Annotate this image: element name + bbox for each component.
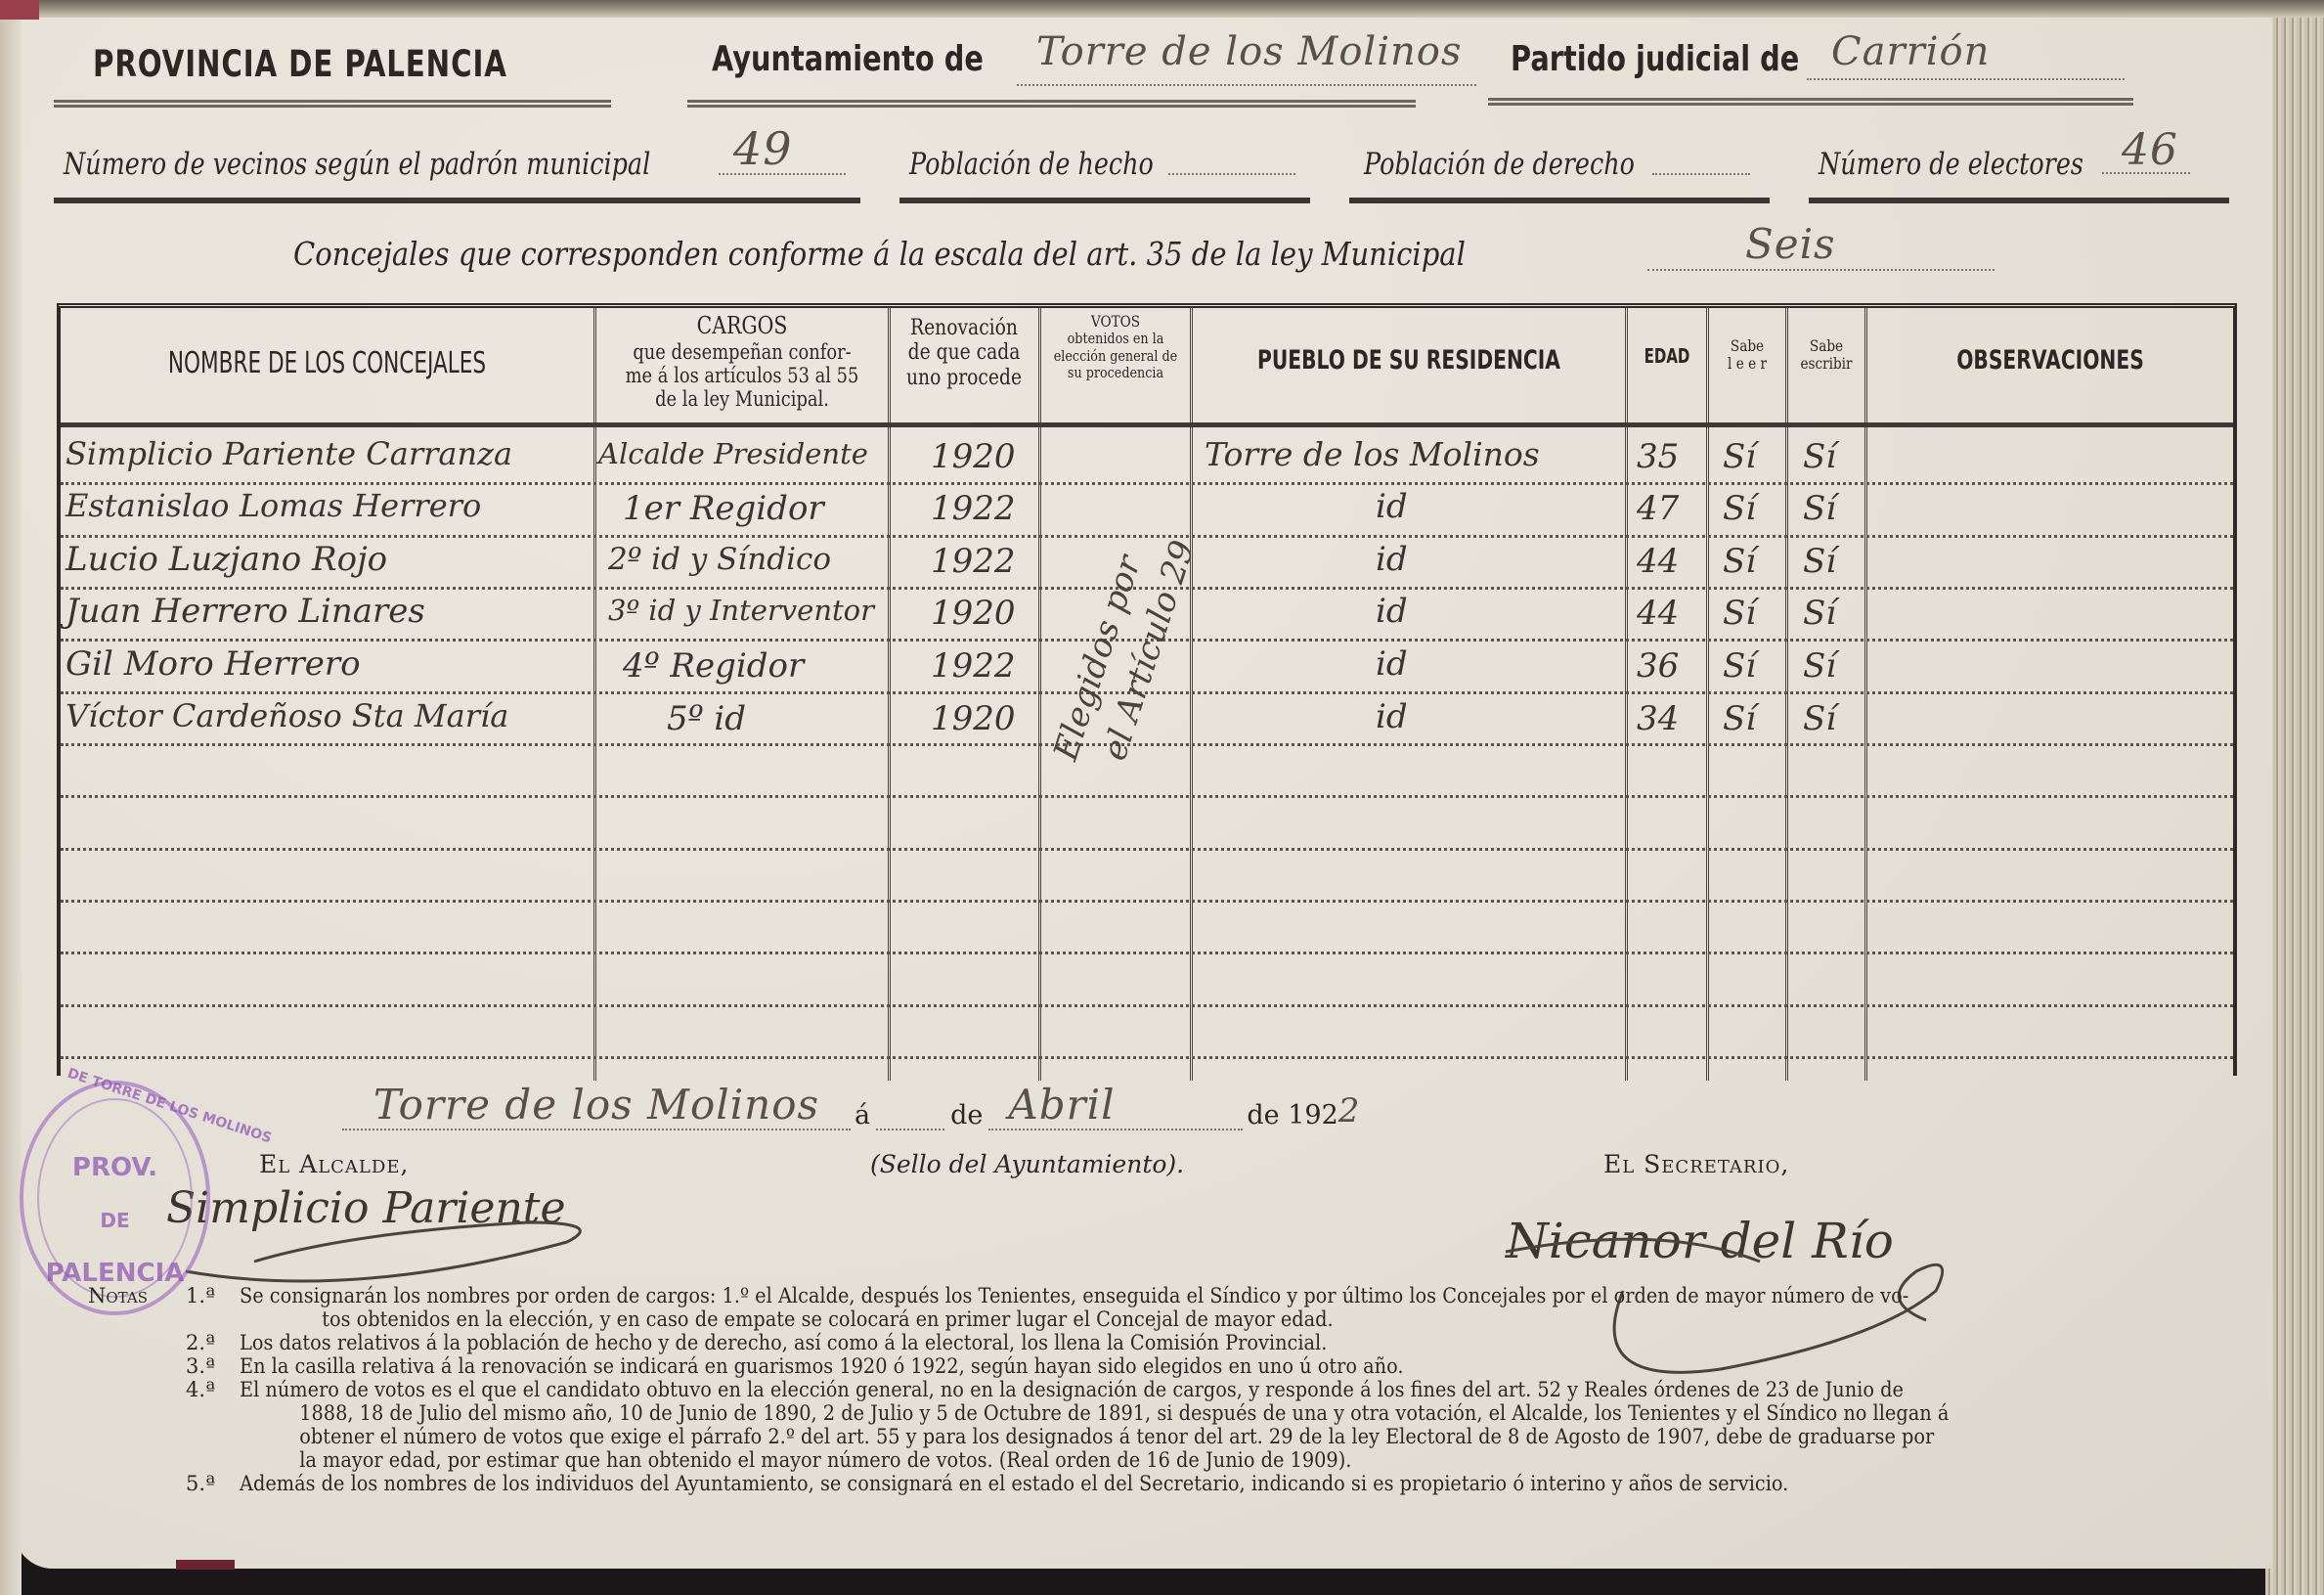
- poblacion-derecho-value: [1652, 171, 1750, 175]
- cell-nombre: Víctor Cardeñoso Sta María: [66, 697, 508, 734]
- thick-rule: [1809, 198, 2229, 203]
- thick-rule: [1349, 198, 1770, 203]
- note-item: 4.ª El número de votos es el que el cand…: [88, 1378, 2258, 1401]
- partido-label: Partido judicial de: [1511, 39, 1769, 79]
- notes-label: Notas: [88, 1284, 186, 1307]
- municipal-stamp: DE TORRE DE LOS MOLINOS PROV. DE PALENCI…: [20, 1081, 210, 1315]
- cell-edad: 35: [1637, 437, 1679, 476]
- cell-cargo: 1er Regidor: [623, 489, 824, 528]
- cell-nombre: Lucio Luzjano Rojo: [66, 540, 387, 579]
- cell-pueblo: id: [1376, 540, 1408, 579]
- cell-leer: Sí: [1723, 594, 1756, 633]
- row-rule: [61, 1056, 2233, 1059]
- note-text-cont: la mayor edad, por estimar que han obten…: [88, 1448, 2084, 1472]
- cell-cargo: 3º id y Interventor: [608, 594, 874, 627]
- cell-renovacion: 1920: [931, 699, 1016, 738]
- note-text: El número de votos es el que el candidat…: [240, 1378, 2097, 1401]
- ribbon-marker-bottom: [176, 1560, 235, 1570]
- note-item: 3.ª En la casilla relativa á la renovaci…: [88, 1354, 2258, 1378]
- row-rule: [61, 743, 2233, 746]
- note-number: 2.ª: [186, 1331, 240, 1354]
- row-rule: [61, 1004, 2233, 1007]
- cell-cargo: 4º Regidor: [623, 646, 804, 686]
- cell-renovacion: 1922: [931, 489, 1016, 528]
- col-header-renovacion: Renovación de que cada uno procede: [901, 316, 1027, 390]
- concejales-label: Concejales que corresponden conforme á l…: [293, 235, 1466, 273]
- col-header-votos: VOTOS obtenidos en la elección general d…: [1041, 313, 1190, 381]
- poblacion-hecho-value: [1168, 171, 1295, 175]
- row-rule: [61, 952, 2233, 954]
- cell-nombre: Simplicio Pariente Carranza: [66, 435, 512, 472]
- alcalde-flourish: [156, 1203, 645, 1291]
- cell-nombre: Gil Moro Herrero: [66, 644, 361, 684]
- notes-section: Notas 1.ª Se consignarán los nombres por…: [88, 1284, 2258, 1495]
- alcalde-label: El Alcalde,: [259, 1150, 409, 1178]
- note-number: 1.ª: [186, 1284, 240, 1307]
- cell-leer: Sí: [1723, 699, 1756, 738]
- stamp-line1: PROV.: [23, 1153, 206, 1182]
- cell-escribir: Sí: [1803, 646, 1836, 686]
- cell-escribir: Sí: [1803, 489, 1836, 528]
- month-value: Abril: [988, 1081, 1243, 1130]
- vecinos-value: 49: [719, 122, 846, 175]
- col-header-edad: EDAD: [1638, 345, 1696, 368]
- page-stack-edge: [2265, 0, 2324, 1595]
- electores-value: 46: [2102, 125, 2190, 174]
- cell-edad: 34: [1637, 699, 1679, 738]
- col-header-escribir: Sabe escribir: [1788, 337, 1864, 374]
- year-suffix: 2: [1338, 1091, 1361, 1130]
- votos-title: VOTOS: [1052, 313, 1178, 331]
- row-rule: [61, 848, 2233, 851]
- double-rule: [1488, 98, 2133, 106]
- note-item: 2.ª Los datos relativos á la población d…: [88, 1331, 2258, 1354]
- ayuntamiento-field: Ayuntamiento de: [712, 39, 1025, 79]
- page-top-edge: [0, 0, 2324, 18]
- a-label: á: [855, 1100, 870, 1130]
- cell-cargo: 2º id y Síndico: [608, 542, 831, 577]
- province-title: PROVINCIA DE PALENCIA: [93, 43, 507, 85]
- votos-subtitle: obtenidos en la elección general de su p…: [1052, 331, 1178, 381]
- concejales-value: Seis: [1647, 220, 1995, 271]
- note-text-cont: 1888, 18 de Julio del mismo año, 10 de J…: [88, 1401, 2084, 1425]
- double-rule: [687, 100, 1416, 108]
- note-text-cont: tos obtenidos en la elección, y en caso …: [88, 1307, 2084, 1331]
- cell-edad: 44: [1637, 542, 1679, 581]
- partido-field: Partido judicial de: [1511, 39, 1833, 79]
- note-text: Se consignarán los nombres por orden de …: [240, 1284, 2097, 1307]
- thick-rule: [899, 198, 1310, 203]
- cell-cargo: 5º id: [667, 699, 746, 738]
- cell-edad: 44: [1637, 594, 1679, 633]
- note-number: 3.ª: [186, 1354, 240, 1378]
- place-value: Torre de los Molinos: [342, 1081, 851, 1130]
- cell-pueblo: id: [1376, 697, 1408, 736]
- note-text: Además de los nombres de los individuos …: [240, 1472, 2097, 1495]
- note-item: Notas 1.ª Se consignarán los nombres por…: [88, 1284, 2258, 1307]
- votos-annotation: Elegidos por el Artículo 29: [1036, 430, 1203, 743]
- note-text: Los datos relativos á la población de he…: [240, 1331, 2097, 1354]
- col-header-observaciones: OBSERVACIONES: [1913, 345, 2188, 376]
- row-rule: [61, 795, 2233, 798]
- vecinos-label: Número de vecinos según el padrón munici…: [64, 147, 650, 182]
- cell-renovacion: 1922: [931, 542, 1016, 581]
- cell-nombre: Juan Herrero Linares: [66, 592, 425, 631]
- cell-pueblo: id: [1376, 487, 1408, 526]
- thick-rule: [54, 198, 860, 203]
- note-number: 5.ª: [186, 1472, 240, 1495]
- cell-edad: 47: [1637, 489, 1679, 528]
- year-prefix: de 192: [1247, 1100, 1337, 1130]
- cell-renovacion: 1920: [931, 437, 1016, 476]
- cargos-subtitle: que desempeñan confor- me á los artículo…: [618, 340, 865, 411]
- leer-sabe: Sabe: [1715, 337, 1779, 355]
- day-value: [876, 1127, 944, 1130]
- place-date-line: Torre de los Molinos á de Abril de 192 2: [342, 1081, 1360, 1130]
- header-rule: [61, 422, 2233, 427]
- ribbon-marker: [0, 0, 39, 20]
- note-item: 5.ª Además de los nombres de los individ…: [88, 1472, 2258, 1495]
- electores-label: Número de electores: [1819, 147, 2083, 182]
- leer-label: l e e r: [1715, 355, 1779, 373]
- cell-leer: Sí: [1723, 646, 1756, 686]
- note-text: En la casilla relativa á la renovación s…: [240, 1354, 2097, 1378]
- cell-nombre: Estanislao Lomas Herrero: [66, 487, 481, 524]
- col-header-cargos: CARGOS que desempeñan confor- me á los a…: [596, 313, 888, 411]
- escribir-label: escribir: [1794, 355, 1859, 373]
- ayuntamiento-value: Torre de los Molinos: [1017, 29, 1476, 86]
- cell-leer: Sí: [1723, 437, 1756, 476]
- escribir-sabe: Sabe: [1794, 337, 1859, 355]
- cell-edad: 36: [1637, 646, 1679, 686]
- poblacion-derecho-label: Población de derecho: [1364, 147, 1635, 182]
- cell-escribir: Sí: [1803, 594, 1836, 633]
- col-header-pueblo: PUEBLO DE SU RESIDENCIA: [1247, 345, 1571, 376]
- cell-escribir: Sí: [1803, 699, 1836, 738]
- col-header-leer: Sabe l e e r: [1709, 337, 1785, 374]
- cargos-title: CARGOS: [618, 313, 865, 340]
- poblacion-hecho-label: Población de hecho: [909, 147, 1154, 182]
- secretario-label: El Secretario,: [1603, 1150, 1789, 1178]
- cell-cargo: Alcalde Presidente: [598, 437, 868, 470]
- cell-leer: Sí: [1723, 542, 1756, 581]
- col-header-nombre: NOMBRE DE LOS CONCEJALES: [135, 347, 518, 381]
- cell-pueblo: id: [1376, 644, 1408, 684]
- note-number: 4.ª: [186, 1378, 240, 1401]
- ayuntamiento-label: Ayuntamiento de: [712, 39, 962, 79]
- row-rule: [61, 900, 2233, 903]
- double-rule: [54, 100, 611, 108]
- cell-renovacion: 1920: [931, 594, 1016, 633]
- stamp-line2: DE: [23, 1209, 206, 1232]
- cell-pueblo: Torre de los Molinos: [1205, 435, 1540, 473]
- cell-escribir: Sí: [1803, 437, 1836, 476]
- partido-value: Carrión: [1807, 29, 2125, 80]
- cell-renovacion: 1922: [931, 646, 1016, 686]
- note-text-cont: obtener el número de votos que exige el …: [88, 1425, 2084, 1448]
- de-label: de: [950, 1100, 983, 1130]
- cell-pueblo: id: [1376, 592, 1408, 631]
- cell-escribir: Sí: [1803, 542, 1836, 581]
- sello-label: (Sello del Ayuntamiento).: [870, 1150, 1184, 1178]
- cell-leer: Sí: [1723, 489, 1756, 528]
- book-gutter: [0, 0, 22, 1595]
